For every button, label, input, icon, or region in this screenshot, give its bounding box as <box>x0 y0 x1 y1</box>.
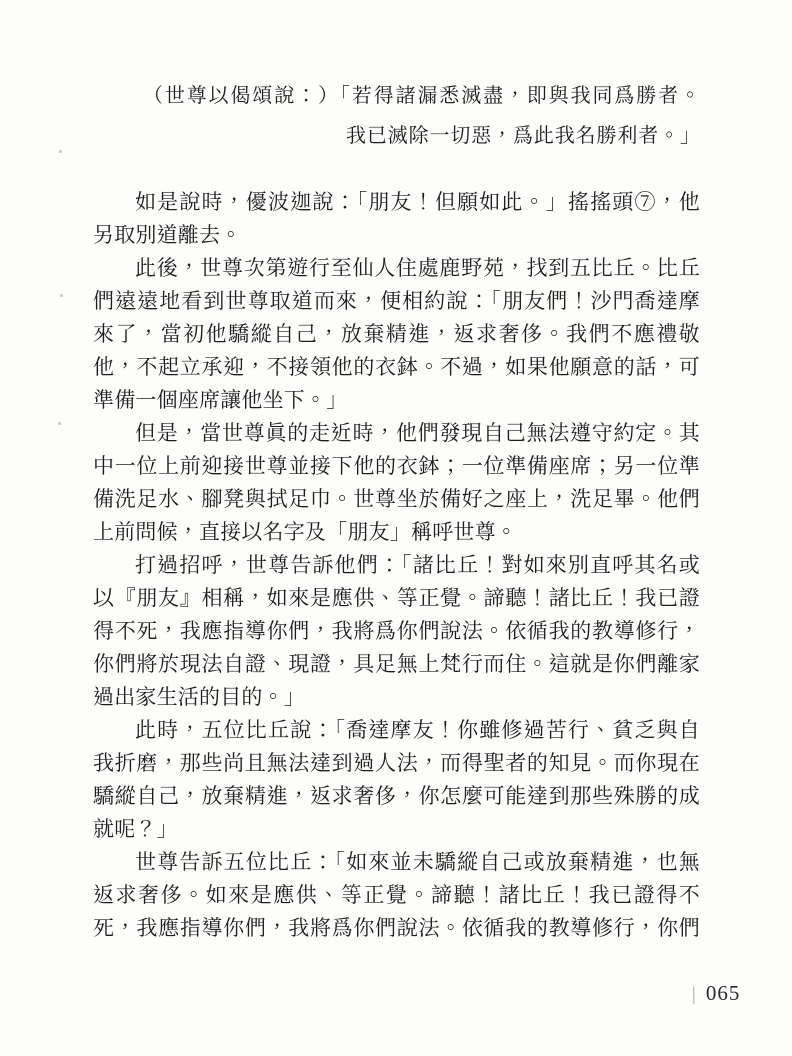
text-line: 我已滅除一切惡，爲此我名勝利者。」 <box>93 116 700 156</box>
text-line: 們遠遠地看到世尊取道而來，便相約說：「朋友們！沙門喬達摩 <box>93 285 700 318</box>
verse-block: （世尊以偈頌說：）「若得諸漏悉滅盡，即與我同爲勝者。我已滅除一切惡，爲此我名勝利… <box>93 76 700 156</box>
text-line: 返求奢侈。如來是應供、等正覺。諦聽！諸比丘！我已證得不 <box>93 879 700 912</box>
text-line: 中一位上前迎接世尊並接下他的衣鉢；一位準備座席；另一位準 <box>93 450 700 483</box>
scan-speck <box>58 422 61 425</box>
text-line: 上前問候，直接以名字及「朋友」稱呼世尊。 <box>93 516 700 549</box>
text-line: 備洗足水、腳凳與拭足巾。世尊坐於備好之座上，洗足畢。他們 <box>93 483 700 516</box>
text-line: 來了，當初他驕縱自己，放棄精進，返求奢侈。我們不應禮敬 <box>93 318 700 351</box>
scan-speck <box>60 294 63 297</box>
text-line: 此後，世尊次第遊行至仙人住處鹿野苑，找到五比丘。比丘 <box>93 252 700 285</box>
text-line: 得不死，我應指導你們，我將爲你們說法。依循我的教導修行， <box>93 615 700 648</box>
folio-separator: | <box>693 984 695 1006</box>
text-line: 以『朋友』相稱，如來是應供、等正覺。諦聽！諸比丘！我已證 <box>93 582 700 615</box>
text-line: 就呢？」 <box>93 813 700 846</box>
text-line: 另取別道離去。 <box>93 219 700 252</box>
book-page: （世尊以偈頌說：）「若得諸漏悉滅盡，即與我同爲勝者。我已滅除一切惡，爲此我名勝利… <box>0 0 792 1056</box>
text-line: 如是說時，優波迦說：「朋友！但願如此。」搖搖頭⑦，他 <box>93 186 700 219</box>
text-line: 世尊告訴五位比丘：「如來並未驕縱自己或放棄精進，也無 <box>93 846 700 879</box>
text-line: （世尊以偈頌說：）「若得諸漏悉滅盡，即與我同爲勝者。 <box>93 76 700 116</box>
text-line: 我折磨，那些尚且無法達到過人法，而得聖者的知見。而你現在 <box>93 747 700 780</box>
text-line: 他，不起立承迎，不接領他的衣鉢。不過，如果他願意的話，可 <box>93 351 700 384</box>
text-line: 死，我應指導你們，我將爲你們說法。依循我的教導修行，你們 <box>93 912 700 945</box>
text-line: 你們將於現法自證、現證，具足無上梵行而住。這就是你們離家 <box>93 648 700 681</box>
text-line: 打過招呼，世尊告訴他們：「諸比丘！對如來別直呼其名或 <box>93 549 700 582</box>
text-line: 驕縱自己，放棄精進，返求奢侈，你怎麼可能達到那些殊勝的成 <box>93 780 700 813</box>
scan-speck <box>59 150 62 153</box>
folio: | 065 <box>692 981 740 1006</box>
text-line: 準備一個座席讓他坐下。」 <box>93 384 700 417</box>
text-line: 過出家生活的目的。」 <box>93 681 700 714</box>
folio-page-number: 065 <box>706 981 741 1006</box>
text-line: 此時，五位比丘說：「喬達摩友！你雖修過苦行、貧乏與自 <box>93 714 700 747</box>
body-text-block: 如是說時，優波迦說：「朋友！但願如此。」搖搖頭⑦，他另取別道離去。此後，世尊次第… <box>93 186 700 945</box>
text-line: 但是，當世尊眞的走近時，他們發現自己無法遵守約定。其 <box>93 417 700 450</box>
